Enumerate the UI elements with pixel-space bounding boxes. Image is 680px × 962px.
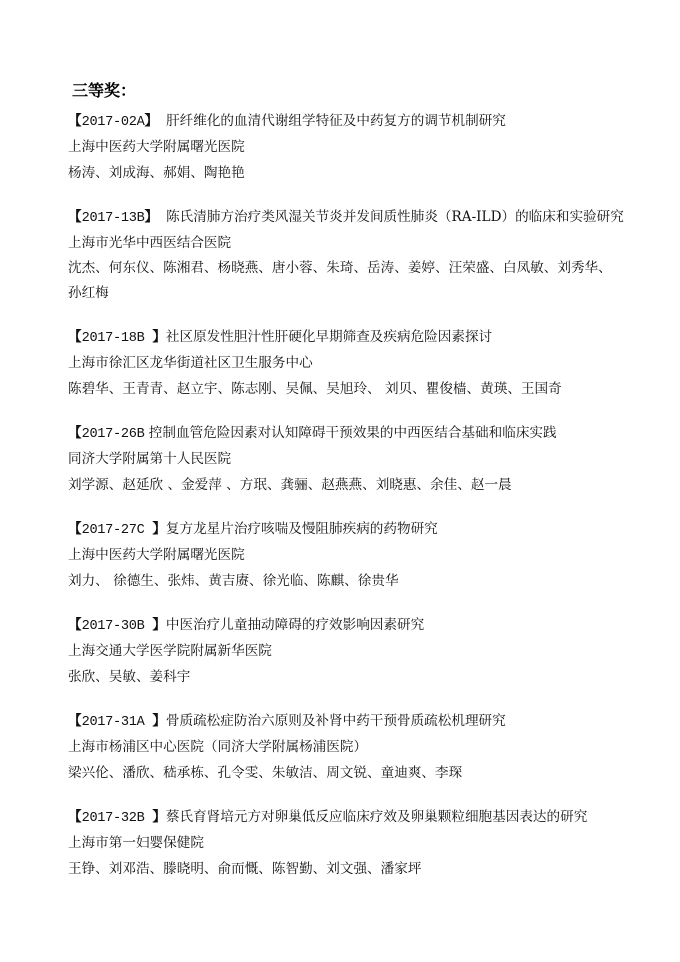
entry-authors: 刘学源、赵延欣 、金爱萍 、方珉、龚骊、赵燕燕、刘晓惠、余佳、赵一晨 [68, 472, 628, 498]
entry-institution: 上海市光华中西医结合医院 [68, 230, 628, 256]
entry-title-line: 【2017-31A 】骨质疏松症防治六原则及补肾中药干预骨质疏松机理研究 [68, 708, 628, 734]
entry-institution: 上海市杨浦区中心医院（同济大学附属杨浦医院） [68, 734, 628, 760]
entry-authors: 梁兴伦、潘欣、嵇承栋、孔令雯、朱敏洁、周文锐、童迪爽、李琛 [68, 760, 628, 786]
section-heading: 三等奖： [72, 80, 628, 102]
entry-code: 2017-32B [82, 811, 153, 826]
entry-code: 2017-27C [82, 523, 153, 538]
entry-institution: 同济大学附属第十人民医院 [68, 446, 628, 472]
entry-authors: 张欣、吴敏、姜科宇 [68, 664, 628, 690]
bracket-close: 】 [152, 809, 166, 825]
entry-authors: 沈杰、何东仪、陈湘君、杨晓燕、唐小蓉、朱琦、岳涛、姜婷、汪荣盛、白凤敏、刘秀华、… [68, 256, 616, 306]
entry-code: 2017-31A [82, 715, 153, 730]
bracket-open: 【 [68, 113, 82, 129]
bracket-open: 【 [68, 521, 82, 537]
bracket-open: 【 [68, 617, 82, 633]
bracket-open: 【 [68, 713, 82, 729]
entry-institution: 上海市第一妇婴保健院 [68, 830, 628, 856]
bracket-open: 【 [68, 809, 82, 825]
bracket-close: 】 [152, 329, 166, 345]
entry-code: 2017-30B [82, 619, 153, 634]
entry-code: 2017-18B [82, 331, 153, 346]
bracket-close: 】 [144, 209, 158, 225]
entry-title-line: 【2017-13B】陈氏清肺方治疗类风湿关节炎并发间质性肺炎（RA-ILD）的临… [68, 204, 628, 230]
entry-institution: 上海市徐汇区龙华街道社区卫生服务中心 [68, 350, 628, 376]
entry-institution: 上海中医药大学附属曙光医院 [68, 134, 628, 160]
entry-title-line: 【2017-27C 】复方龙星片治疗咳喘及慢阻肺疾病的药物研究 [68, 516, 628, 542]
entry-authors: 王铮、刘邓浩、滕晓明、俞而慨、陈智勤、刘文强、潘家坪 [68, 856, 628, 882]
entry-title: 控制血管危险因素对认知障碍干预效果的中西医结合基础和临床实践 [149, 425, 557, 441]
entry-title: 蔡氏育肾培元方对卵巢低反应临床疗效及卵巢颗粒细胞基因表达的研究 [166, 809, 587, 825]
bracket-close: 】 [152, 521, 166, 537]
award-entry: 【2017-26B 控制血管危险因素对认知障碍干预效果的中西医结合基础和临床实践… [68, 420, 628, 498]
entry-institution: 上海交通大学医学院附属新华医院 [68, 638, 628, 664]
entry-title: 中医治疗儿童抽动障碍的疗效影响因素研究 [166, 617, 424, 633]
entry-authors: 刘力、 徐德生、张炜、黄吉赓、徐光临、陈麒、徐贵华 [68, 568, 628, 594]
document-page: 三等奖： 【2017-02A】肝纤维化的血清代谢组学特征及中药复方的调节机制研究… [68, 80, 628, 900]
bracket-open: 【 [68, 425, 82, 441]
award-entry: 【2017-32B 】蔡氏育肾培元方对卵巢低反应临床疗效及卵巢颗粒细胞基因表达的… [68, 804, 628, 882]
entry-title: 复方龙星片治疗咳喘及慢阻肺疾病的药物研究 [166, 521, 438, 537]
award-entry: 【2017-02A】肝纤维化的血清代谢组学特征及中药复方的调节机制研究 上海中医… [68, 108, 628, 186]
bracket-close: 】 [152, 713, 166, 729]
bracket-close: 】 [144, 113, 158, 129]
bracket-close: 】 [152, 617, 166, 633]
entry-title-line: 【2017-02A】肝纤维化的血清代谢组学特征及中药复方的调节机制研究 [68, 108, 628, 134]
entry-title: 陈氏清肺方治疗类风湿关节炎并发间质性肺炎（RA-ILD）的临床和实验研究 [166, 209, 624, 225]
entry-institution: 上海中医药大学附属曙光医院 [68, 542, 628, 568]
entry-title-line: 【2017-26B 控制血管危险因素对认知障碍干预效果的中西医结合基础和临床实践 [68, 420, 628, 446]
entry-title-line: 【2017-30B 】中医治疗儿童抽动障碍的疗效影响因素研究 [68, 612, 628, 638]
entry-title: 社区原发性胆汁性肝硬化早期筛查及疾病危险因素探讨 [166, 329, 492, 345]
award-entry: 【2017-31A 】骨质疏松症防治六原则及补肾中药干预骨质疏松机理研究 上海市… [68, 708, 628, 786]
bracket-open: 【 [68, 209, 82, 225]
entry-authors: 杨涛、刘成海、郝娟、陶艳艳 [68, 160, 628, 186]
entry-title-line: 【2017-32B 】蔡氏育肾培元方对卵巢低反应临床疗效及卵巢颗粒细胞基因表达的… [68, 804, 628, 830]
entry-code: 2017-26B [82, 427, 145, 442]
entry-title: 肝纤维化的血清代谢组学特征及中药复方的调节机制研究 [166, 113, 506, 129]
entry-authors: 陈碧华、王青青、赵立宇、陈志刚、吴佩、吴旭玲、 刘贝、瞿俊樯、黄瑛、王国奇 [68, 376, 628, 402]
award-entry: 【2017-30B 】中医治疗儿童抽动障碍的疗效影响因素研究 上海交通大学医学院… [68, 612, 628, 690]
bracket-open: 【 [68, 329, 82, 345]
award-entry: 【2017-13B】陈氏清肺方治疗类风湿关节炎并发间质性肺炎（RA-ILD）的临… [68, 204, 628, 306]
entry-title: 骨质疏松症防治六原则及补肾中药干预骨质疏松机理研究 [166, 713, 506, 729]
award-entry: 【2017-27C 】复方龙星片治疗咳喘及慢阻肺疾病的药物研究 上海中医药大学附… [68, 516, 628, 594]
entry-title-line: 【2017-18B 】社区原发性胆汁性肝硬化早期筛查及疾病危险因素探讨 [68, 324, 628, 350]
entry-code: 2017-02A [82, 115, 145, 130]
entry-code: 2017-13B [82, 211, 145, 226]
award-entry: 【2017-18B 】社区原发性胆汁性肝硬化早期筛查及疾病危险因素探讨 上海市徐… [68, 324, 628, 402]
